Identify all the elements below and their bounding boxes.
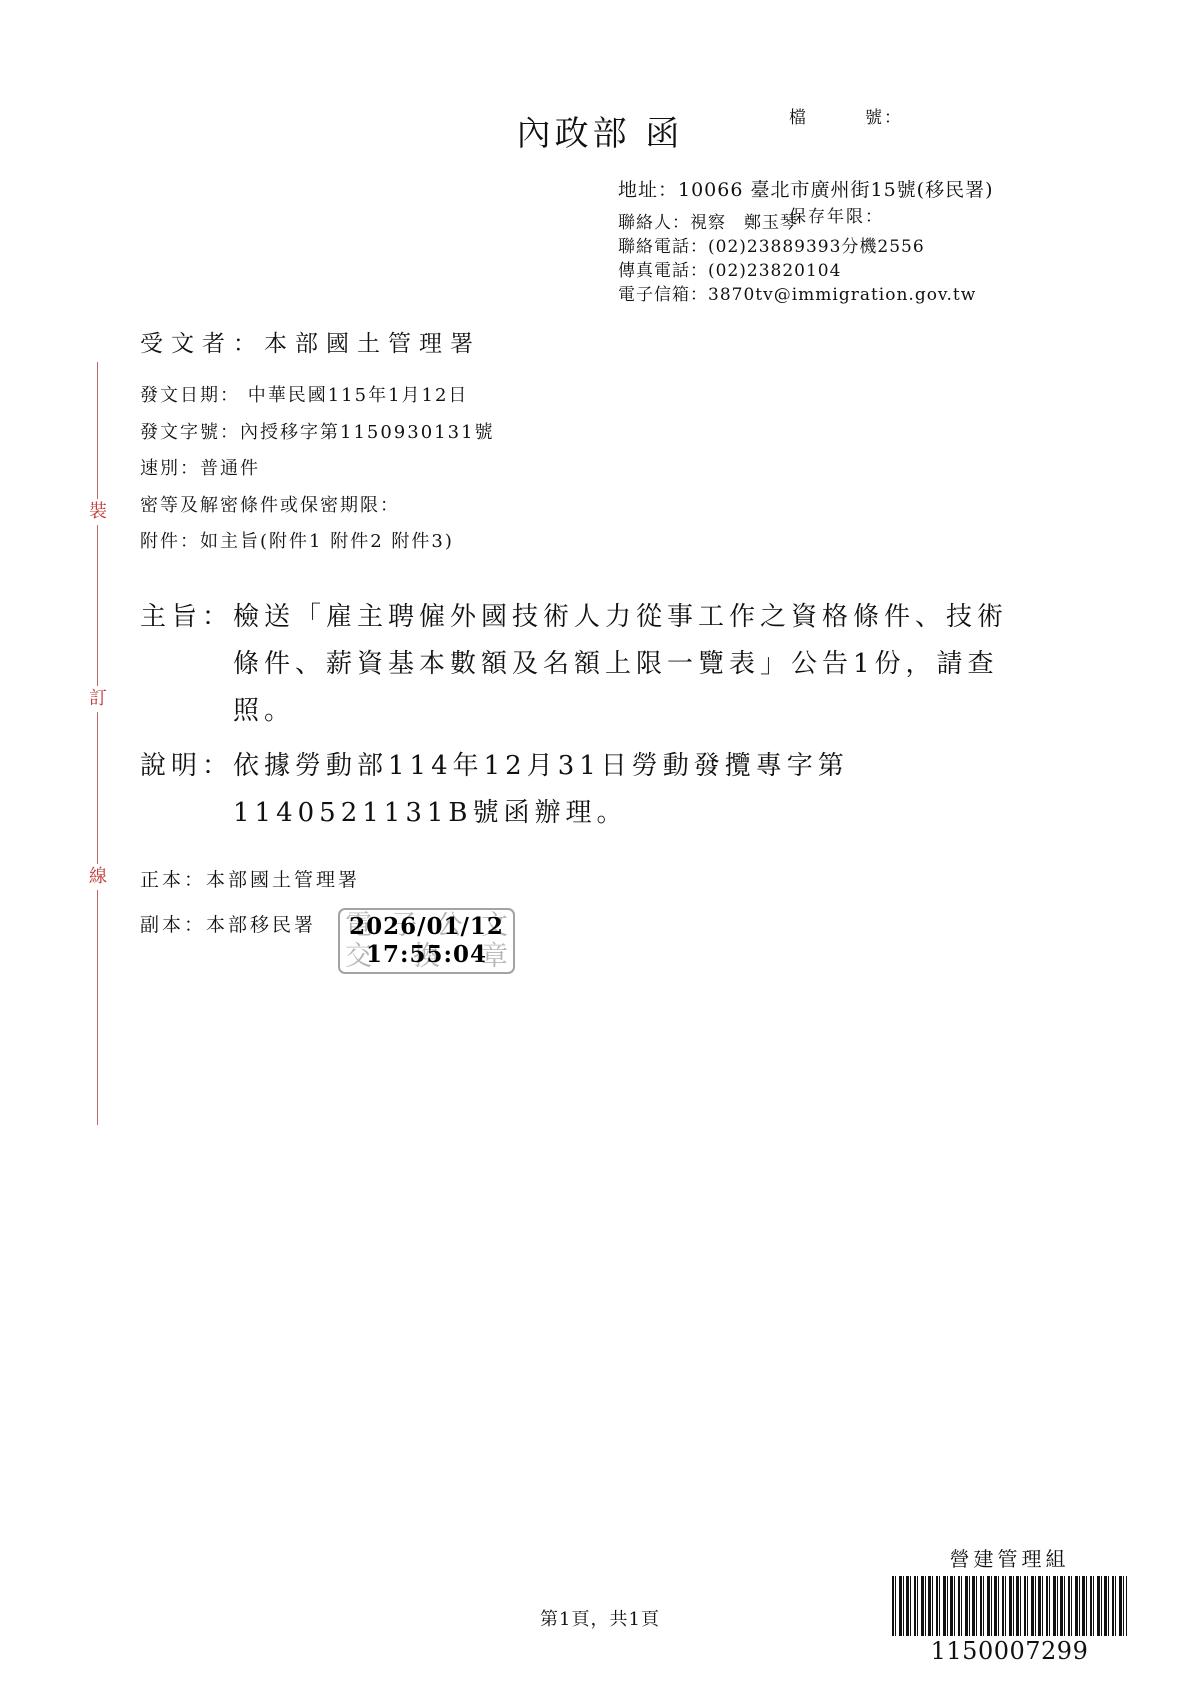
- document-body: 主旨： 檢送「雇主聘僱外國技術人力從事工作之資格條件、技術條件、薪資基本數額及名…: [140, 594, 1016, 837]
- sender-contact-person: 聯絡人：視察 鄭玉琴: [618, 211, 993, 235]
- handling-unit-label: 營建管理組: [892, 1546, 1127, 1572]
- security-class-line: 密等及解密條件或保密期限：: [140, 488, 495, 525]
- speed-class-line: 速別：普通件: [140, 451, 495, 488]
- official-letter-page: 裝 訂 線 檔 號： 保存年限： 內政部 函 地址：10066 臺北市廣州街15…: [0, 0, 1200, 1697]
- barcode-image: [892, 1576, 1127, 1636]
- explanation-label: 說明：: [140, 743, 233, 790]
- sender-fax: 傳真電話：(02)23820104: [618, 259, 993, 283]
- binding-char-xian: 線: [87, 864, 109, 890]
- barcode-block: 營建管理組 1150007299: [892, 1546, 1127, 1665]
- subject-label: 主旨：: [140, 594, 233, 641]
- sender-phone: 聯絡電話：(02)23889393分機2556: [618, 235, 993, 259]
- sender-address: 地址：10066 臺北市廣州街15號(移民署): [618, 178, 993, 202]
- explanation-text: 依據勞動部114年12月31日勞動發攬專字第1140521131B號函辦理。: [233, 743, 1016, 837]
- binding-line: [97, 362, 98, 1125]
- stamp-time: 17:55:04: [366, 941, 487, 969]
- barcode-number: 1150007299: [892, 1637, 1127, 1665]
- binding-char-zhuang: 裝: [87, 499, 109, 525]
- doc-number-line: 發文字號：內授移字第1150930131號: [140, 415, 495, 452]
- carbon-copy-line: 副本：本部移民署: [140, 911, 360, 940]
- recipient-line: 受文者：本部國土管理署: [140, 325, 481, 358]
- attachment-line: 附件：如主旨(附件1 附件2 附件3): [140, 524, 495, 561]
- meta-block: 發文日期： 中華民國115年1月12日 發文字號：內授移字第1150930131…: [140, 378, 495, 561]
- document-title: 內政部 函: [0, 106, 1200, 155]
- subject-clause: 主旨： 檢送「雇主聘僱外國技術人力從事工作之資格條件、技術條件、薪資基本數額及名…: [140, 594, 1016, 735]
- sender-email: 電子信箱：3870tv@immigration.gov.tw: [618, 283, 993, 307]
- original-copy-line: 正本：本部國土管理署: [140, 866, 360, 895]
- sender-info-block: 地址：10066 臺北市廣州街15號(移民署) 聯絡人：視察 鄭玉琴 聯絡電話：…: [618, 178, 993, 307]
- copies-block: 正本：本部國土管理署 副本：本部移民署: [140, 866, 360, 940]
- explanation-clause: 說明： 依據勞動部114年12月31日勞動發攬專字第1140521131B號函辦…: [140, 743, 1016, 837]
- stamp-date: 2026/01/12: [349, 913, 504, 941]
- binding-char-ding: 訂: [87, 686, 109, 712]
- issue-date-line: 發文日期： 中華民國115年1月12日: [140, 378, 495, 415]
- stamp-datetime: 2026/01/12 17:55:04: [340, 910, 513, 972]
- subject-text: 檢送「雇主聘僱外國技術人力從事工作之資格條件、技術條件、薪資基本數額及名額上限一…: [233, 594, 1016, 735]
- electronic-exchange-stamp: 電 子 公 文 交 換 章 2026/01/12 17:55:04: [338, 908, 515, 974]
